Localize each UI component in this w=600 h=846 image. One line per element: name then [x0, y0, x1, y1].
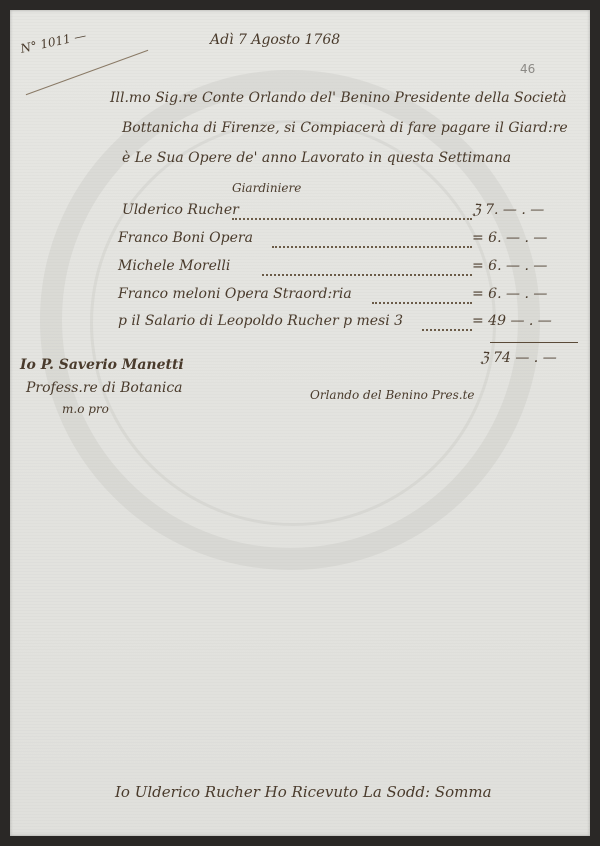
total-amount: ℨ 74 — . —	[480, 350, 557, 366]
receipt-line: Io Ulderico Rucher Ho Ricevuto La Sodd: …	[115, 783, 492, 801]
intro-line-1: Ill.mo Sig.re Conte Orlando del' Benino …	[110, 90, 567, 106]
total-rule	[490, 342, 578, 343]
entry-amount-4: = 6. — . —	[472, 286, 547, 302]
leader-dots-2	[272, 246, 472, 248]
leader-dots-5	[422, 329, 472, 331]
entry-name-3: Michele Morelli	[118, 258, 230, 274]
entry-name-5: p il Salario di Leopoldo Rucher p mesi 3	[118, 313, 403, 329]
leader-dots-4	[372, 302, 472, 304]
intro-line-3: è Le Sua Opere de' anno Lavorato in ques…	[122, 150, 511, 166]
entry-name-2: Franco Boni Opera	[118, 230, 253, 246]
leader-dots-3	[262, 274, 472, 276]
section-heading: Giardiniere	[232, 181, 301, 195]
ref-underline	[26, 50, 149, 95]
entry-amount-3: = 6. — . —	[472, 258, 547, 274]
entry-name-1: Ulderico Rucher	[122, 202, 239, 218]
left-signature-line-2: Profess.re di Botanica	[26, 380, 183, 396]
entry-amount-2: = 6. — . —	[472, 230, 547, 246]
intro-line-2: Bottanicha di Firenze, si Compiacerà di …	[122, 120, 568, 136]
left-signature-line-3: m.o pro	[62, 402, 109, 416]
entry-name-4: Franco meloni Opera Straord:ria	[118, 286, 352, 302]
entry-amount-1: ℨ 7. — . —	[472, 202, 544, 218]
entry-amount-5: = 49 — . —	[472, 313, 552, 329]
folio-number: 46	[520, 62, 535, 76]
date-line: Adì 7 Agosto 1768	[210, 32, 340, 48]
right-signature: Orlando del Benino Pres.te	[310, 388, 475, 402]
leader-dots-1	[232, 218, 472, 220]
manuscript-page: N° 1011 — Adì 7 Agosto 1768 46 Ill.mo Si…	[10, 10, 590, 836]
reference-number: N° 1011 —	[19, 28, 87, 56]
left-signature-line-1: Io P. Saverio Manetti	[20, 357, 184, 373]
